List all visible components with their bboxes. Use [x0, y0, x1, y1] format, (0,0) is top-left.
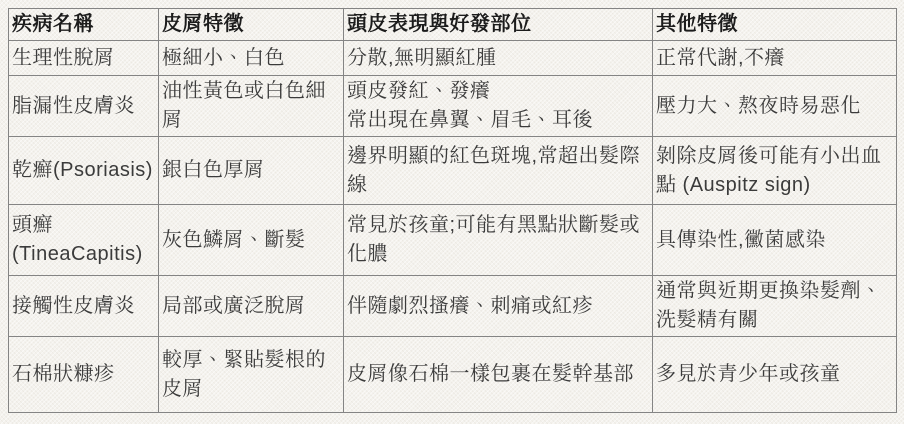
table-row: 脂漏性皮膚炎 油性黃色或白色細屑 頭皮發紅、發癢 常出現在鼻翼、眉毛、耳後 壓力… [9, 76, 897, 137]
table-cell: 正常代謝,不癢 [653, 41, 897, 76]
table-cell: 具傳染性,黴菌感染 [653, 205, 897, 276]
table-cell: 多見於青少年或孩童 [653, 337, 897, 413]
table-cell: 乾癬(Psoriasis) [9, 137, 159, 205]
table-cell: 分散,無明顯紅腫 [344, 41, 653, 76]
table-cell: 局部或廣泛脫屑 [159, 276, 344, 337]
table-cell: 極細小、白色 [159, 41, 344, 76]
header-scalp-presentation: 頭皮表現與好發部位 [344, 9, 653, 41]
table-cell: 頭癬 (TineaCapitis) [9, 205, 159, 276]
table-cell: 生理性脫屑 [9, 41, 159, 76]
table-cell: 銀白色厚屑 [159, 137, 344, 205]
table-cell: 接觸性皮膚炎 [9, 276, 159, 337]
table-cell: 油性黃色或白色細屑 [159, 76, 344, 137]
table-cell: 壓力大、熬夜時易惡化 [653, 76, 897, 137]
table-cell: 石棉狀糠疹 [9, 337, 159, 413]
table-row: 石棉狀糠疹 較厚、緊貼髮根的皮屑 皮屑像石棉一樣包裹在髮幹基部 多見於青少年或孩… [9, 337, 897, 413]
header-flake-characteristics: 皮屑特徵 [159, 9, 344, 41]
header-other-features: 其他特徵 [653, 9, 897, 41]
table-row: 頭癬 (TineaCapitis) 灰色鱗屑、斷髮 常見於孩童;可能有黑點狀斷髮… [9, 205, 897, 276]
table-cell: 脂漏性皮膚炎 [9, 76, 159, 137]
table-header-row: 疾病名稱 皮屑特徵 頭皮表現與好發部位 其他特徵 [9, 9, 897, 41]
table-row: 接觸性皮膚炎 局部或廣泛脫屑 伴隨劇烈搔癢、刺痛或紅疹 通常與近期更換染髮劑、洗… [9, 276, 897, 337]
table-cell: 皮屑像石棉一樣包裹在髮幹基部 [344, 337, 653, 413]
table-cell: 通常與近期更換染髮劑、洗髮精有關 [653, 276, 897, 337]
table-cell: 常見於孩童;可能有黑點狀斷髮或化膿 [344, 205, 653, 276]
scalp-disease-table: 疾病名稱 皮屑特徵 頭皮表現與好發部位 其他特徵 生理性脫屑 極細小、白色 分散… [8, 8, 897, 413]
table-cell: 頭皮發紅、發癢 常出現在鼻翼、眉毛、耳後 [344, 76, 653, 137]
table-cell: 邊界明顯的紅色斑塊,常超出髮際線 [344, 137, 653, 205]
table-cell: 較厚、緊貼髮根的皮屑 [159, 337, 344, 413]
page-background: { "colors": { "background": "#f4f2ed", "… [0, 0, 904, 424]
table-cell: 剝除皮屑後可能有小出血點 (Auspitz sign) [653, 137, 897, 205]
table-row: 生理性脫屑 極細小、白色 分散,無明顯紅腫 正常代謝,不癢 [9, 41, 897, 76]
table-cell: 灰色鱗屑、斷髮 [159, 205, 344, 276]
table-row: 乾癬(Psoriasis) 銀白色厚屑 邊界明顯的紅色斑塊,常超出髮際線 剝除皮… [9, 137, 897, 205]
header-disease-name: 疾病名稱 [9, 9, 159, 41]
table-cell: 伴隨劇烈搔癢、刺痛或紅疹 [344, 276, 653, 337]
